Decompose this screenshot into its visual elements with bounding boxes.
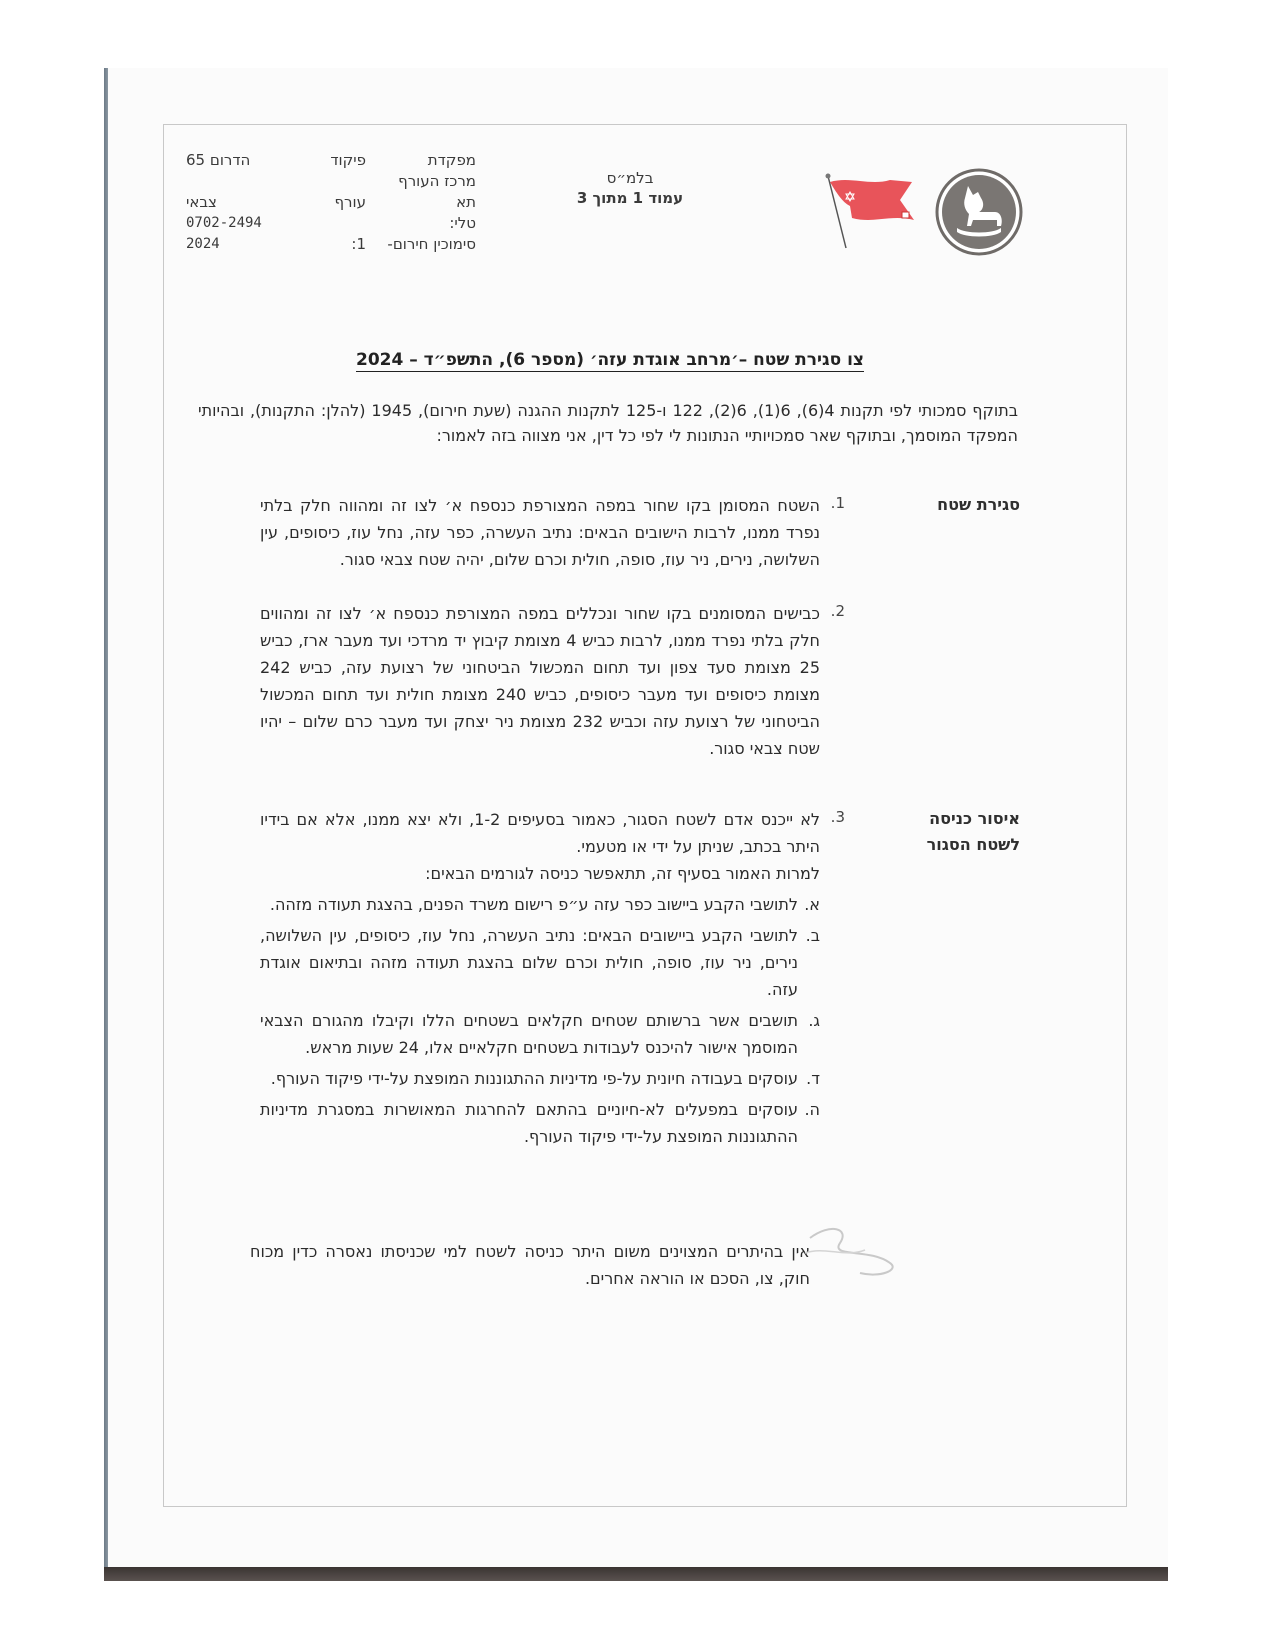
item-text: עוסקים במפעלים לא-חיוניים בהתאם להחרגות … [260, 1096, 798, 1150]
item-letter: ד. [798, 1065, 820, 1092]
letterhead-cell: צבאי [186, 192, 286, 213]
classification-block: בלמ״ס עמוד 1 מתוך 3 [575, 168, 685, 208]
letterhead-cell: תא [366, 192, 476, 213]
letterhead-row: סימוכין חירום- 1: 2024 [186, 234, 476, 255]
letterhead-cell: סימוכין חירום- [366, 234, 476, 255]
section-text: כבישים המסומנים בקו שחור ונכללים במפה המ… [260, 600, 820, 762]
letterhead-cell: טלי: [366, 213, 476, 234]
exception-item: ד. עוסקים בעבודה חיונית על-פי מדיניות הה… [260, 1065, 820, 1092]
fox-emblem-icon [935, 168, 1023, 256]
letterhead-row: תא עורף צבאי [186, 192, 476, 213]
section-number: 2. [821, 602, 845, 620]
letterhead-cell: מפקדת [366, 150, 476, 171]
item-letter: ב. [798, 922, 820, 1003]
flag-icon [820, 170, 920, 250]
item-text: לתושבי הקבע ביישובים הבאים: נתיב העשרה, … [260, 922, 798, 1003]
item-letter: א. [798, 891, 820, 918]
section-entry-prohibition: איסור כניסה לשטח הסגור 3. לא ייכנס אדם ל… [250, 806, 1020, 1226]
order-title-text: צו סגירת שטח –׳מרחב אוגדת עזה׳ (מספר 6),… [356, 350, 864, 372]
letterhead-cell [262, 171, 323, 192]
letterhead-cell [186, 171, 262, 192]
letterhead-row: מפקדת פיקוד הדרום 65 [186, 150, 476, 171]
section-heading: סגירת שטח [880, 492, 1020, 518]
letterhead-cell: פיקוד [286, 150, 366, 171]
letterhead-cell: מרכז העורף [323, 171, 476, 192]
section-intro: למרות האמור בסעיף זה, תתאפשר כניסה לגורמ… [260, 860, 820, 887]
section-body: לא ייכנס אדם לשטח הסגור, כאמור בסעיפים 1… [260, 806, 820, 1150]
section-number: 1. [821, 494, 845, 512]
section-heading: איסור כניסה לשטח הסגור [880, 806, 1020, 858]
section-text: השטח המסומן בקו שחור במפה המצורפת כנספח … [260, 492, 820, 573]
letterhead-row: מרכז העורף [186, 171, 476, 192]
letterhead-cell: 1: [286, 234, 366, 255]
letterhead-cell: הדרום 65 [186, 150, 286, 171]
page-indicator: עמוד 1 מתוך 3 [575, 188, 685, 208]
item-letter: ה. [798, 1096, 820, 1150]
exception-item: א. לתושבי הקבע ביישוב כפר עזה ע״פ רישום … [260, 891, 820, 918]
item-text: תושבים אשר ברשותם שטחים חקלאים בשטחים הל… [260, 1007, 798, 1061]
section-roads-closure: 2. כבישים המסומנים בקו שחור ונכללים במפה… [250, 600, 1020, 790]
preamble-paragraph: בתוקף סמכותי לפי תקנות 4(6), 6(1), 6(2),… [198, 398, 1018, 448]
order-title: צו סגירת שטח –׳מרחב אוגדת עזה׳ (מספר 6),… [330, 350, 890, 370]
closing-paragraph: אין בהיתרים המצוינים משום היתר כניסה לשט… [250, 1238, 810, 1292]
section-text: לא ייכנס אדם לשטח הסגור, כאמור בסעיפים 1… [260, 806, 820, 860]
phone-number: 0702-2494 [186, 213, 286, 234]
signature-mark [800, 1218, 920, 1288]
section-area-closure: סגירת שטח 1. השטח המסומן בקו שחור במפה ה… [250, 492, 1020, 602]
classification-label: בלמ״ס [575, 168, 685, 188]
letterhead-row: טלי: 0702-2494 [186, 213, 476, 234]
letterhead-details: מפקדת פיקוד הדרום 65 מרכז העורף תא עורף … [186, 150, 476, 255]
exception-item: ה. עוסקים במפעלים לא-חיוניים בהתאם להחרג… [260, 1096, 820, 1150]
item-letter: ג. [798, 1007, 820, 1061]
item-text: לתושבי הקבע ביישוב כפר עזה ע״פ רישום משר… [260, 891, 798, 918]
letterhead-cell [286, 213, 366, 234]
exception-item: ב. לתושבי הקבע ביישובים הבאים: נתיב העשר… [260, 922, 820, 1003]
scan-bottom-edge [104, 1567, 1168, 1581]
letterhead-cell: עורף [286, 192, 366, 213]
exception-item: ג. תושבים אשר ברשותם שטחים חקלאים בשטחים… [260, 1007, 820, 1061]
item-text: עוסקים בעבודה חיונית על-פי מדיניות ההתגו… [260, 1065, 798, 1092]
reference-year: 2024 [186, 234, 286, 255]
section-number: 3. [821, 808, 845, 826]
